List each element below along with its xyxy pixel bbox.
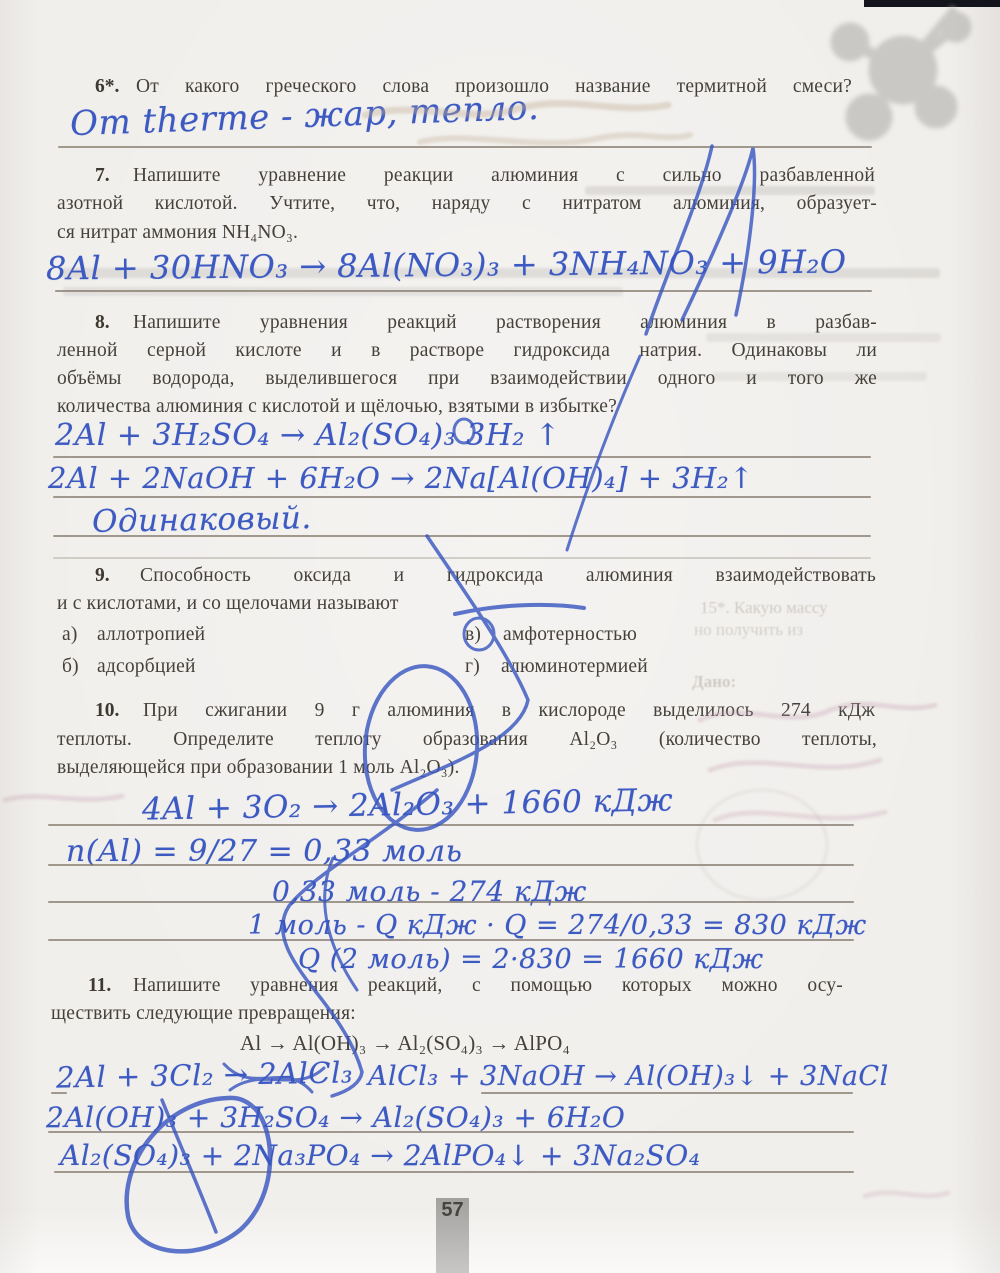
q8-handwritten-equation-2: 2Al + 2NaOH + 6H₂O → 2Na[Al(OH)₄] + 3H₂↑: [48, 461, 754, 495]
q9-option-b-label: адсорбцией: [97, 656, 196, 678]
q10-text-line2: теплоты. Определите теплоту образования …: [57, 729, 877, 753]
q10-handwritten-work-4: 1 моль - Q кДж · Q = 274/0,33 = 830 кДж: [248, 910, 867, 941]
answer-line: [55, 290, 872, 292]
bleed-text-dano: Дано:: [692, 672, 736, 692]
q10-text-line1: При сжигании 9 г алюминия в кислороде вы…: [143, 700, 875, 724]
q7-number: 7.: [95, 165, 110, 187]
q7-handwritten-equation: 8Al + 30HNO₃ → 8Al(NO₃)₃ + 3NH₄NO₃ + 9H₂…: [46, 243, 847, 288]
page-number: 57: [441, 1199, 463, 1222]
page-number-tab: 57: [436, 1198, 469, 1273]
q9-option-v-key: в): [465, 624, 481, 646]
q9-option-a-key: а): [62, 624, 78, 646]
answer-line: [481, 1092, 853, 1094]
answer-line: [53, 557, 871, 559]
q9-option-g-label: алюминотермией: [501, 656, 648, 678]
q10-handwritten-work-3: 0,33 моль - 274 кДж: [272, 875, 587, 908]
q9-option-v-label: амфотерностью: [503, 624, 637, 646]
q11-text-line2: ществить следующие превращения:: [51, 1003, 356, 1025]
q9-option-b-key: б): [62, 656, 79, 678]
q9-option-a-label: аллотропией: [97, 624, 205, 646]
q9-text-line2: и с кислотами, и со щелочами называют: [57, 593, 399, 615]
q11-handwritten-equation-1b: AlCl₃ + 3NaOH → Al(OH)₃↓ + 3NaCl: [368, 1061, 889, 1092]
bleed-text-line: но получить из: [694, 620, 803, 640]
q8-handwritten-equation-1: 2Al + 3H₂SO₄ → Al₂(SO₄)₃ 3H₂ ↑: [55, 418, 561, 453]
answer-line: [48, 901, 854, 903]
q8-text-line1: Напишите уравнения реакций растворения а…: [133, 312, 877, 336]
q10-text-line3: выделяющейся при образовании 1 моль Al₂O…: [57, 757, 460, 779]
answer-line: [54, 1171, 854, 1173]
q8-text-line4: количества алюминия с кислотой и щёлочью…: [57, 396, 617, 418]
q11-number: 11.: [88, 975, 111, 997]
q11-handwritten-equation-2: 2Al(OH)₃ + 3H₂SO₄ → Al₂(SO₄)₃ + 6H₂O: [46, 1101, 625, 1134]
q9-text-line1: Способность оксида и гидроксида алюминия…: [140, 565, 876, 589]
scan-edge: [864, 0, 1000, 7]
answer-line: [48, 939, 854, 941]
q7-text-line1: Напишите уравнение реакции алюминия с си…: [133, 165, 875, 189]
answer-line: [51, 1092, 67, 1094]
q10-number: 10.: [95, 700, 119, 722]
q9-number: 9.: [95, 565, 110, 587]
q8-number: 8.: [95, 312, 110, 334]
answer-line: [58, 146, 872, 148]
answer-line: [53, 456, 871, 458]
q8-handwritten-answer-3: Одинаковый.: [92, 500, 312, 540]
answer-line: [48, 864, 854, 866]
answer-line: [48, 1131, 854, 1133]
answer-line: [53, 535, 871, 537]
q8-text-line3: объёмы водорода, выделившегося при взаим…: [57, 368, 877, 392]
q6-number: 6*.: [95, 76, 119, 98]
answer-line: [53, 496, 871, 498]
answer-line: [48, 824, 854, 826]
q10-handwritten-work-5: Q (2 моль) = 2·830 = 1660 кДж: [298, 944, 764, 975]
q9-option-g-key: г): [465, 656, 480, 678]
q11-handwritten-equation-3: Al₂(SO₄)₃ + 2Na₃PO₄ → 2AlPO₄↓ + 3Na₂SO₄: [60, 1139, 700, 1172]
q11-handwritten-equation-1a: 2Al + 3Cl₂ → 2AlCl₃: [56, 1055, 353, 1094]
bleed-text-line: 15*. Какую массу: [700, 598, 828, 618]
q8-text-line2: ленной серной кислоте и в растворе гидро…: [57, 340, 877, 364]
q7-text-line2: азотной кислотой. Учтите, что, наряду с …: [57, 193, 877, 217]
q11-text-line1: Напишите уравнения реакций, с помощью ко…: [133, 975, 843, 999]
q11-transformation-chain: Al → Al(OH)₃ → Al₂(SO₄)₃ → AlPO₄: [240, 1031, 570, 1056]
q7-text-line3: ся нитрат аммония NH₄NO₃.: [57, 222, 298, 244]
